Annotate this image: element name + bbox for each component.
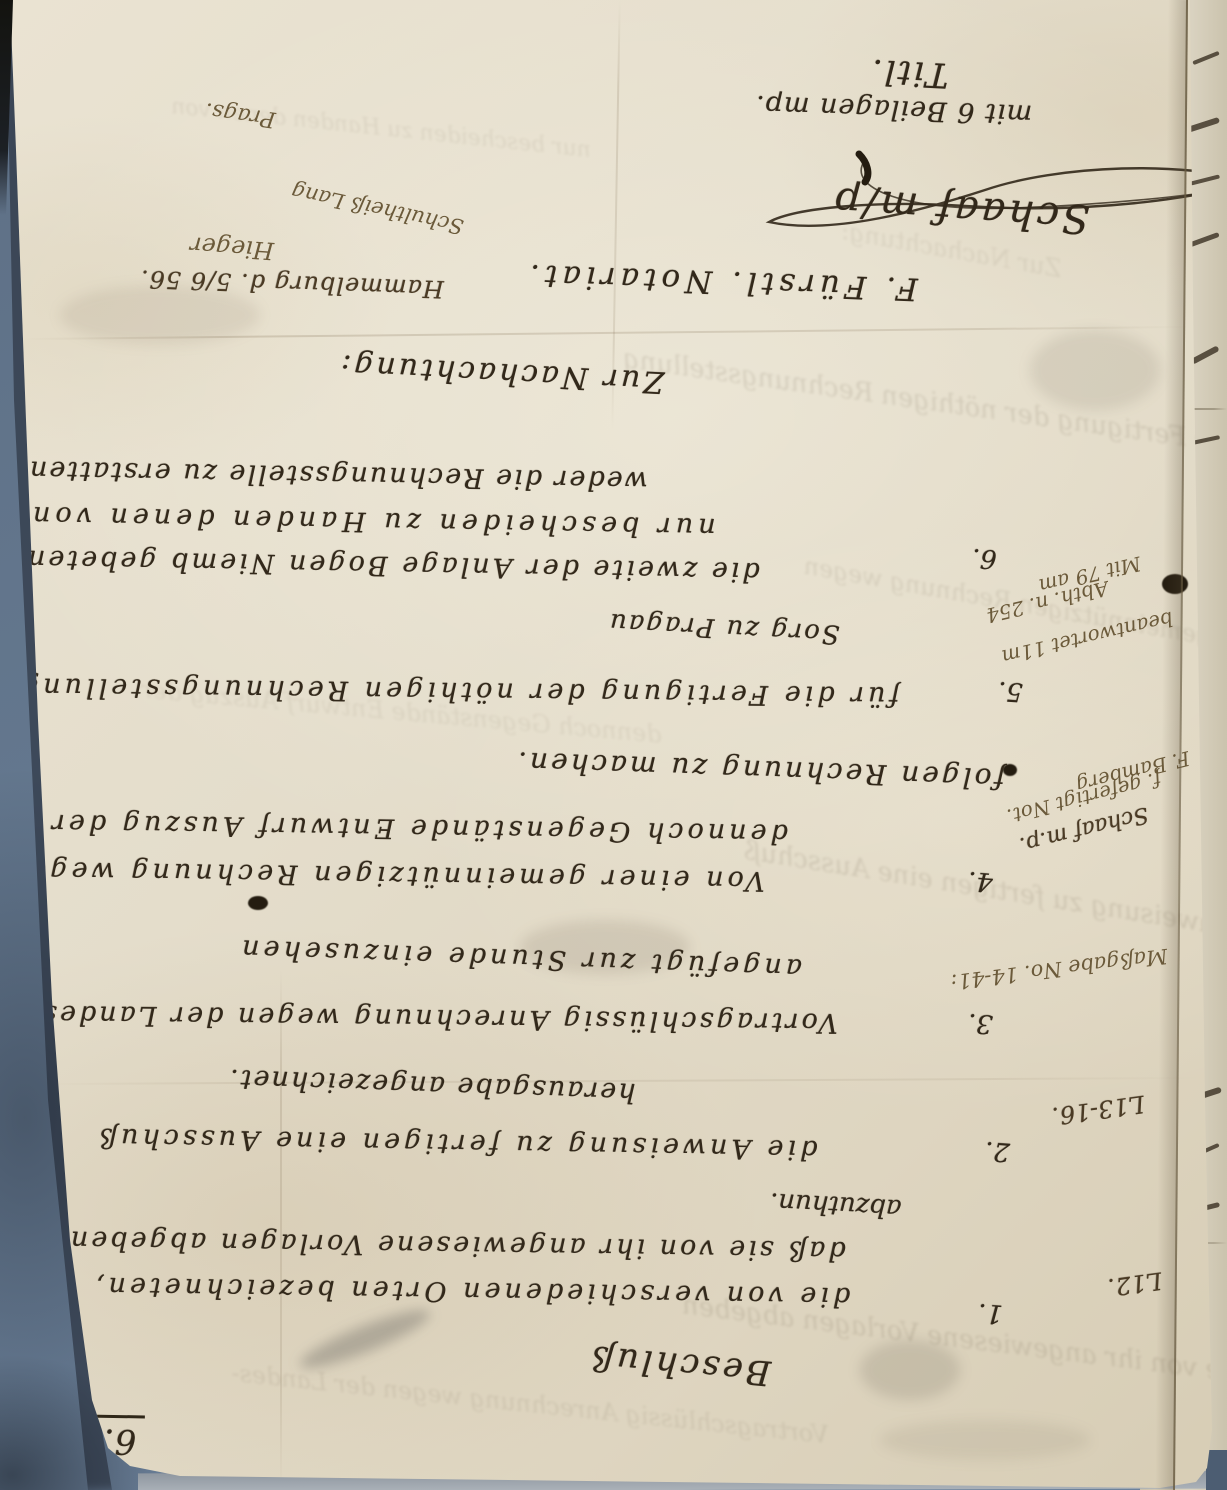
handwriting-line-item6-4: Sorg zu Pragau <box>607 609 840 647</box>
handwriting-line-item4-1: dennoch Gegenstände Entwurf Auszug der <box>48 810 788 847</box>
photo-scene: für die Fertigung der nöthigen Rechnungs… <box>0 0 1227 1490</box>
under-page-ink-mark <box>1192 51 1219 65</box>
handwriting-line-addr3: Schultheiß Lang <box>290 180 466 237</box>
handwriting-line-item6-2: nur bescheiden zu Handen denen von <box>28 502 716 541</box>
item-number-3: 3. <box>967 1009 994 1037</box>
smudge <box>1030 330 1160 410</box>
handwriting-line-item6-1: weder die Rechnungsstelle zu erstatten <box>28 457 648 495</box>
handwriting-line-closing: Beschluß <box>587 1340 772 1390</box>
under-page-ink-mark <box>1190 174 1220 185</box>
under-page-ink-mark <box>1192 435 1220 445</box>
handwriting-line-item5-1: für die Fertigung der nöthigen Rechnungs… <box>18 673 900 709</box>
handwriting-line-item1-2: die von verschiedenen Orten bezeichneten… <box>92 1273 851 1311</box>
smudge <box>860 1340 960 1400</box>
smudge <box>880 1420 1090 1460</box>
handwriting-line-item3-2: herausgabe angezeichnet. <box>228 1065 636 1106</box>
handwriting-line-addr2: Hieger <box>189 233 274 263</box>
handwriting-line-item2-1: die Anweisung zu fertigen eine Ausschuß <box>95 1124 818 1164</box>
handwriting-line-heading: Zur Nachachtung: <box>337 349 664 396</box>
item-number-5: 5. <box>997 677 1024 705</box>
handwriting-line-item4-3: angefügt zur Stunde einzusehen <box>238 935 803 982</box>
item-number-6: 6. <box>971 544 998 572</box>
background-felt-corner <box>1206 1450 1227 1490</box>
item-number-2: 2. <box>984 1137 1011 1165</box>
handwriting-line-item2-2: abzuthun. <box>769 1189 902 1222</box>
item-number-4: 4. <box>967 867 994 895</box>
handwriting-line-item1-1: daß sie von ihr angewiesene Vorlagen abg… <box>68 1227 846 1265</box>
handwriting-line-item6-3: die zweite der Anlage Bogen Niemb gebete… <box>25 546 760 586</box>
handwriting-line-beilagen: mit 6 Beilagen mp. <box>755 91 1033 128</box>
handwriting-line-item4-2: Von einer gemeinnützigen Rechnung wegen <box>5 857 765 895</box>
letter-page: für die Fertigung der nöthigen Rechnungs… <box>0 0 1227 1490</box>
smudge <box>295 1301 435 1378</box>
margin-note-4: Maßgabe No. 14-41: <box>950 945 1169 992</box>
handwriting-line-item5-2: folgen Rechnung zu machen. <box>515 747 1006 792</box>
margin-ref-l12: L12. <box>1107 1268 1164 1299</box>
under-page-ink-mark <box>1190 345 1219 364</box>
item-number-1: 1. <box>977 1299 1004 1327</box>
ink-blot <box>248 896 268 910</box>
handwriting-line-item3-1: Vortragschlüssig Anrechnung wegen der La… <box>28 1001 838 1036</box>
margin-ref-l13-16: L13-16. <box>1051 1092 1146 1129</box>
handwriting-line-titl: Titl. <box>869 54 950 92</box>
